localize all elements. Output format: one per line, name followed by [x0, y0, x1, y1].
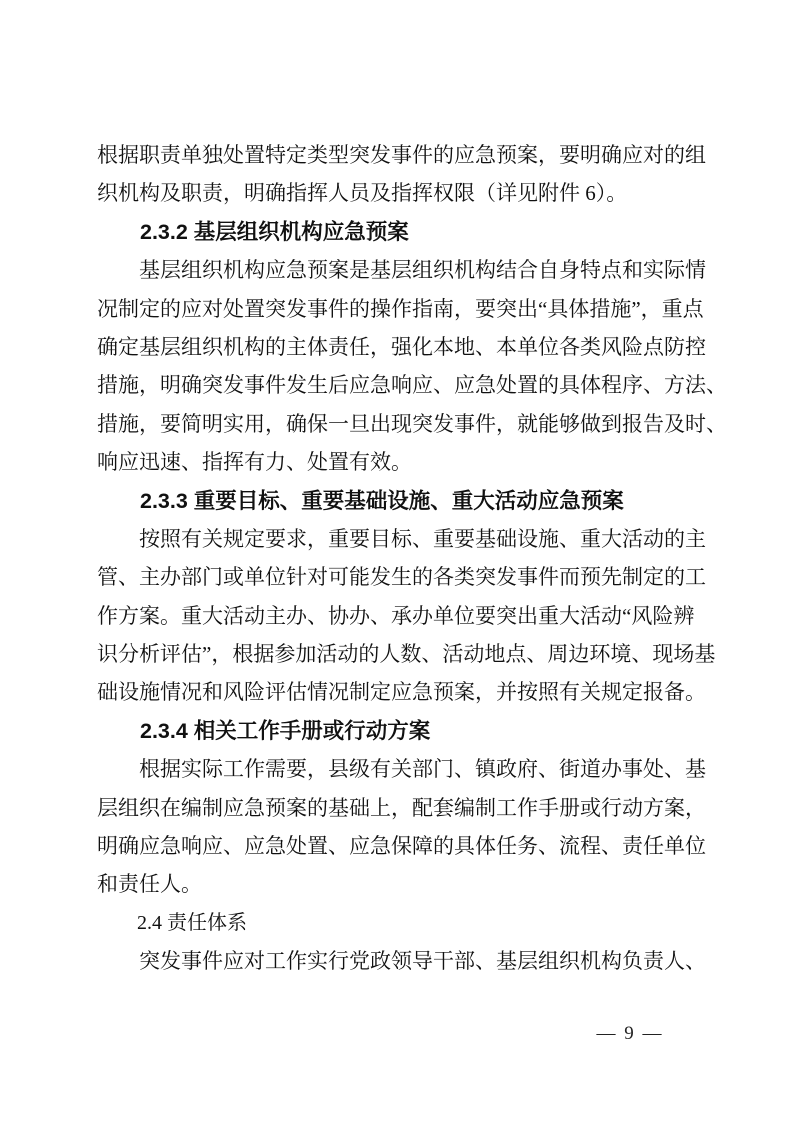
para3-line4: 识分析评估”，根据参加活动的人数、活动地点、周边环境、现场基: [97, 635, 703, 673]
para2-line2: 况制定的应对处置突发事件的操作指南，要突出“具体措施”，重点: [97, 290, 703, 328]
para3-line2: 管、主办部门或单位针对可能发生的各类突发事件而预先制定的工: [97, 558, 703, 596]
para2-line6: 响应迅速、指挥有力、处置有效。: [97, 443, 703, 481]
para2-line5: 措施，要简明实用，确保一旦出现突发事件，就能够做到报告及时、: [97, 405, 703, 443]
section-heading-2-3-2: 2.3.2 基层组织机构应急预案: [97, 213, 703, 251]
section-heading-2-3-4: 2.3.4 相关工作手册或行动方案: [97, 712, 703, 750]
para3-line5: 础设施情况和风险评估情况制定应急预案，并按照有关规定报备。: [97, 673, 703, 711]
document-body: 根据职责单独处置特定类型突发事件的应急预案，要明确应对的组 织机构及职责，明确指…: [97, 136, 703, 981]
document-page: 根据职责单独处置特定类型突发事件的应急预案，要明确应对的组 织机构及职责，明确指…: [0, 0, 793, 1122]
para4-line1: 根据实际工作需要，县级有关部门、镇政府、街道办事处、基: [97, 750, 703, 788]
para5-line1: 突发事件应对工作实行党政领导干部、基层组织机构负责人、: [97, 942, 703, 980]
section-heading-2-4: 2.4 责任体系: [97, 904, 703, 942]
para4-line4: 和责任人。: [97, 865, 703, 903]
para2-line1: 基层组织机构应急预案是基层组织机构结合自身特点和实际情: [97, 251, 703, 289]
para3-line1: 按照有关规定要求，重要目标、重要基础设施、重大活动的主: [97, 520, 703, 558]
para2-line4: 措施，明确突发事件发生后应急响应、应急处置的具体程序、方法、: [97, 366, 703, 404]
page-number: — 9 —: [560, 1019, 700, 1049]
para2-line3: 确定基层组织机构的主体责任，强化本地、本单位各类风险点防控: [97, 328, 703, 366]
para1-line1: 根据职责单独处置特定类型突发事件的应急预案，要明确应对的组: [97, 136, 703, 174]
para3-line3: 作方案。重大活动主办、协办、承办单位要突出重大活动“风险辨: [97, 597, 703, 635]
para4-line2: 层组织在编制应急预案的基础上，配套编制工作手册或行动方案，: [97, 789, 703, 827]
para1-line2: 织机构及职责，明确指挥人员及指挥权限（详见附件 6）。: [97, 174, 703, 212]
para4-line3: 明确应急响应、应急处置、应急保障的具体任务、流程、责任单位: [97, 827, 703, 865]
section-heading-2-3-3: 2.3.3 重要目标、重要基础设施、重大活动应急预案: [97, 482, 703, 520]
